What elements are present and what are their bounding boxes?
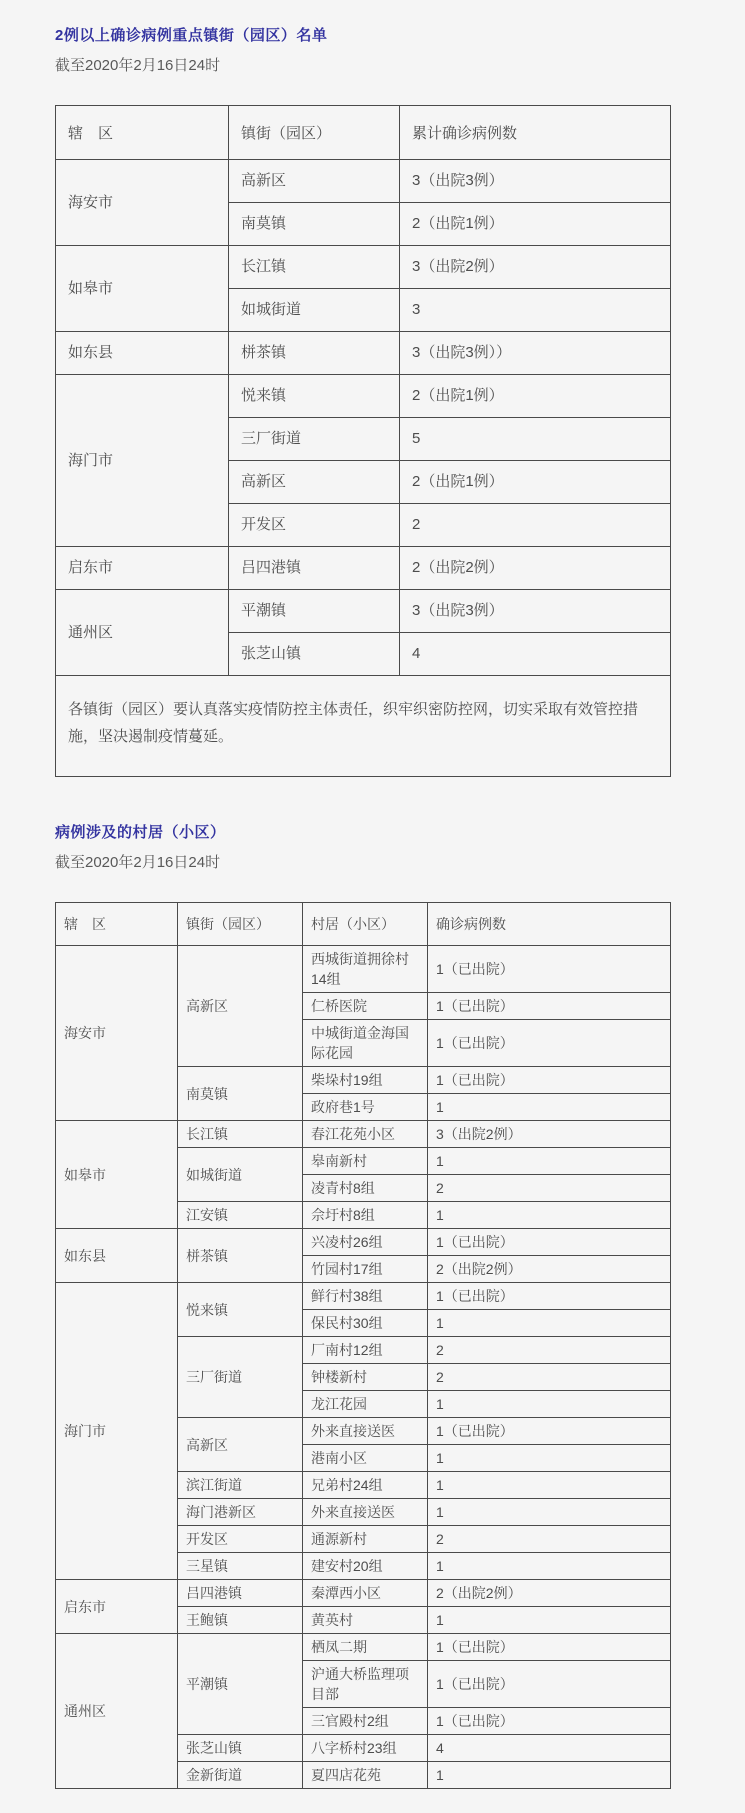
count-cell: 2（出院1例） <box>400 375 671 418</box>
table-row: 如东县栟茶镇3（出院3例）） <box>56 332 671 375</box>
village-cell: 外来直接送医 <box>303 1499 428 1526</box>
key-towns-subtitle: 截至2020年2月16日24时 <box>55 54 670 75</box>
village-cell: 凌青村8组 <box>303 1175 428 1202</box>
district-cell: 如皋市 <box>56 246 229 332</box>
town-cell: 如城街道 <box>229 289 400 332</box>
note-cell: 各镇街（园区）要认真落实疫情防控主体责任，织牢织密防控网，切实采取有效管控措施，… <box>56 676 671 777</box>
town-cell: 吕四港镇 <box>229 547 400 590</box>
section-villages: 病例涉及的村居（小区） 截至2020年2月16日24时 辖 区 镇街（园区） 村… <box>55 821 670 1789</box>
town-cell: 高新区 <box>229 160 400 203</box>
town-cell: 高新区 <box>178 1418 303 1472</box>
district-cell: 海门市 <box>56 1283 178 1580</box>
count-cell: 1 <box>428 1445 671 1472</box>
count-cell: 2 <box>428 1175 671 1202</box>
count-cell: 1（已出院） <box>428 1067 671 1094</box>
district-cell: 如东县 <box>56 1229 178 1283</box>
town-cell: 金新街道 <box>178 1762 303 1789</box>
village-cell: 保民村30组 <box>303 1310 428 1337</box>
key-towns-table: 辖 区 镇街（园区） 累计确诊病例数 海安市高新区3（出院3例）南莫镇2（出院1… <box>55 105 671 777</box>
count-cell: 1 <box>428 1472 671 1499</box>
town-cell: 开发区 <box>229 504 400 547</box>
village-cell: 中城街道金海国际花园 <box>303 1020 428 1067</box>
town-cell: 滨江街道 <box>178 1472 303 1499</box>
count-cell: 2（出院2例） <box>428 1580 671 1607</box>
section-key-towns: 2例以上确诊病例重点镇街（园区）名单 截至2020年2月16日24时 辖 区 镇… <box>55 24 670 777</box>
town-cell: 长江镇 <box>229 246 400 289</box>
village-cell: 秦潭西小区 <box>303 1580 428 1607</box>
count-cell: 2（出院2例） <box>400 547 671 590</box>
town-cell: 高新区 <box>229 461 400 504</box>
count-cell: 1（已出院） <box>428 993 671 1020</box>
village-cell: 鲜行村38组 <box>303 1283 428 1310</box>
town-cell: 江安镇 <box>178 1202 303 1229</box>
town-cell: 吕四港镇 <box>178 1580 303 1607</box>
table-row: 海安市高新区3（出院3例） <box>56 160 671 203</box>
count-cell: 2 <box>428 1526 671 1553</box>
town-cell: 悦来镇 <box>229 375 400 418</box>
count-cell: 3 <box>400 289 671 332</box>
village-cell: 黄英村 <box>303 1607 428 1634</box>
count-cell: 4 <box>428 1735 671 1762</box>
count-cell: 2 <box>428 1364 671 1391</box>
village-cell: 佘圩村8组 <box>303 1202 428 1229</box>
village-cell: 建安村20组 <box>303 1553 428 1580</box>
village-cell: 八字桥村23组 <box>303 1735 428 1762</box>
villages-table-body: 海安市高新区西城街道拥徐村14组1（已出院）仁桥医院1（已出院）中城街道金海国际… <box>56 946 671 1789</box>
town-cell: 三星镇 <box>178 1553 303 1580</box>
town-cell: 南莫镇 <box>178 1067 303 1121</box>
count-cell: 3（出院2例） <box>400 246 671 289</box>
district-cell: 启东市 <box>56 1580 178 1634</box>
villages-table: 辖 区 镇街（园区） 村居（小区） 确诊病例数 海安市高新区西城街道拥徐村14组… <box>55 902 671 1789</box>
village-cell: 通源新村 <box>303 1526 428 1553</box>
count-cell: 1 <box>428 1202 671 1229</box>
district-cell: 海安市 <box>56 946 178 1121</box>
header-cell-count: 确诊病例数 <box>428 903 671 946</box>
count-cell: 3（出院3例） <box>400 160 671 203</box>
count-cell: 1 <box>428 1499 671 1526</box>
table-row: 如皋市长江镇3（出院2例） <box>56 246 671 289</box>
count-cell: 1（已出院） <box>428 1020 671 1067</box>
count-cell: 1（已出院） <box>428 1229 671 1256</box>
village-cell: 夏四店花苑 <box>303 1762 428 1789</box>
villages-subtitle: 截至2020年2月16日24时 <box>55 851 670 872</box>
district-cell: 通州区 <box>56 1634 178 1789</box>
table-note-row: 各镇街（园区）要认真落实疫情防控主体责任，织牢织密防控网，切实采取有效管控措施，… <box>56 676 671 777</box>
village-cell: 龙江花园 <box>303 1391 428 1418</box>
district-cell: 启东市 <box>56 547 229 590</box>
report-page: 2例以上确诊病例重点镇街（园区）名单 截至2020年2月16日24时 辖 区 镇… <box>55 0 670 1813</box>
count-cell: 1 <box>428 1094 671 1121</box>
district-cell: 如皋市 <box>56 1121 178 1229</box>
table-header-row: 辖 区 镇街（园区） 村居（小区） 确诊病例数 <box>56 903 671 946</box>
header-cell-town: 镇街（园区） <box>229 106 400 160</box>
header-cell-district: 辖 区 <box>56 903 178 946</box>
table-row: 启东市吕四港镇秦潭西小区2（出院2例） <box>56 1580 671 1607</box>
count-cell: 2（出院1例） <box>400 461 671 504</box>
town-cell: 如城街道 <box>178 1148 303 1202</box>
village-cell: 兄弟村24组 <box>303 1472 428 1499</box>
table-row: 通州区平潮镇3（出院3例） <box>56 590 671 633</box>
count-cell: 4 <box>400 633 671 676</box>
village-cell: 仁桥医院 <box>303 993 428 1020</box>
village-cell: 沪通大桥监理项目部 <box>303 1661 428 1708</box>
village-cell: 柴垛村19组 <box>303 1067 428 1094</box>
table-row: 海门市悦来镇2（出院1例） <box>56 375 671 418</box>
town-cell: 张芝山镇 <box>229 633 400 676</box>
district-cell: 如东县 <box>56 332 229 375</box>
village-cell: 栖凤二期 <box>303 1634 428 1661</box>
village-cell: 春江花苑小区 <box>303 1121 428 1148</box>
key-towns-title: 2例以上确诊病例重点镇街（园区）名单 <box>55 24 670 45</box>
village-cell: 竹园村17组 <box>303 1256 428 1283</box>
header-cell-cumulative-count: 累计确诊病例数 <box>400 106 671 160</box>
count-cell: 1 <box>428 1310 671 1337</box>
village-cell: 兴凌村26组 <box>303 1229 428 1256</box>
town-cell: 栟茶镇 <box>178 1229 303 1283</box>
town-cell: 开发区 <box>178 1526 303 1553</box>
village-cell: 钟楼新村 <box>303 1364 428 1391</box>
count-cell: 1 <box>428 1391 671 1418</box>
village-cell: 政府巷1号 <box>303 1094 428 1121</box>
count-cell: 1（已出院） <box>428 1661 671 1708</box>
count-cell: 1 <box>428 1553 671 1580</box>
key-towns-table-body: 海安市高新区3（出院3例）南莫镇2（出院1例）如皋市长江镇3（出院2例）如城街道… <box>56 160 671 777</box>
table-row: 通州区平潮镇栖凤二期1（已出院） <box>56 1634 671 1661</box>
count-cell: 1（已出院） <box>428 1283 671 1310</box>
header-cell-village: 村居（小区） <box>303 903 428 946</box>
village-cell: 港南小区 <box>303 1445 428 1472</box>
town-cell: 王鲍镇 <box>178 1607 303 1634</box>
village-cell: 西城街道拥徐村14组 <box>303 946 428 993</box>
village-cell: 厂南村12组 <box>303 1337 428 1364</box>
town-cell: 三厂街道 <box>178 1337 303 1418</box>
village-cell: 外来直接送医 <box>303 1418 428 1445</box>
town-cell: 海门港新区 <box>178 1499 303 1526</box>
table-row: 海安市高新区西城街道拥徐村14组1（已出院） <box>56 946 671 993</box>
town-cell: 长江镇 <box>178 1121 303 1148</box>
count-cell: 1（已出院） <box>428 1418 671 1445</box>
table-row: 如东县栟茶镇兴凌村26组1（已出院） <box>56 1229 671 1256</box>
count-cell: 2 <box>428 1337 671 1364</box>
town-cell: 张芝山镇 <box>178 1735 303 1762</box>
count-cell: 2（出院2例） <box>428 1256 671 1283</box>
district-cell: 通州区 <box>56 590 229 676</box>
town-cell: 高新区 <box>178 946 303 1067</box>
header-cell-town: 镇街（园区） <box>178 903 303 946</box>
district-cell: 海安市 <box>56 160 229 246</box>
count-cell: 1 <box>428 1762 671 1789</box>
town-cell: 南莫镇 <box>229 203 400 246</box>
table-row: 如皋市长江镇春江花苑小区3（出院2例） <box>56 1121 671 1148</box>
count-cell: 3（出院3例） <box>400 590 671 633</box>
count-cell: 1（已出院） <box>428 1708 671 1735</box>
table-row: 启东市吕四港镇2（出院2例） <box>56 547 671 590</box>
count-cell: 1（已出院） <box>428 1634 671 1661</box>
count-cell: 3（出院2例） <box>428 1121 671 1148</box>
villages-title: 病例涉及的村居（小区） <box>55 821 670 842</box>
town-cell: 悦来镇 <box>178 1283 303 1337</box>
town-cell: 平潮镇 <box>178 1634 303 1735</box>
town-cell: 三厂街道 <box>229 418 400 461</box>
town-cell: 平潮镇 <box>229 590 400 633</box>
village-cell: 三官殿村2组 <box>303 1708 428 1735</box>
count-cell: 5 <box>400 418 671 461</box>
table-row: 海门市悦来镇鲜行村38组1（已出院） <box>56 1283 671 1310</box>
district-cell: 海门市 <box>56 375 229 547</box>
count-cell: 1 <box>428 1148 671 1175</box>
header-cell-district: 辖 区 <box>56 106 229 160</box>
count-cell: 1 <box>428 1607 671 1634</box>
count-cell: 1（已出院） <box>428 946 671 993</box>
count-cell: 2（出院1例） <box>400 203 671 246</box>
village-cell: 皋南新村 <box>303 1148 428 1175</box>
count-cell: 3（出院3例）） <box>400 332 671 375</box>
table-header-row: 辖 区 镇街（园区） 累计确诊病例数 <box>56 106 671 160</box>
town-cell: 栟茶镇 <box>229 332 400 375</box>
count-cell: 2 <box>400 504 671 547</box>
